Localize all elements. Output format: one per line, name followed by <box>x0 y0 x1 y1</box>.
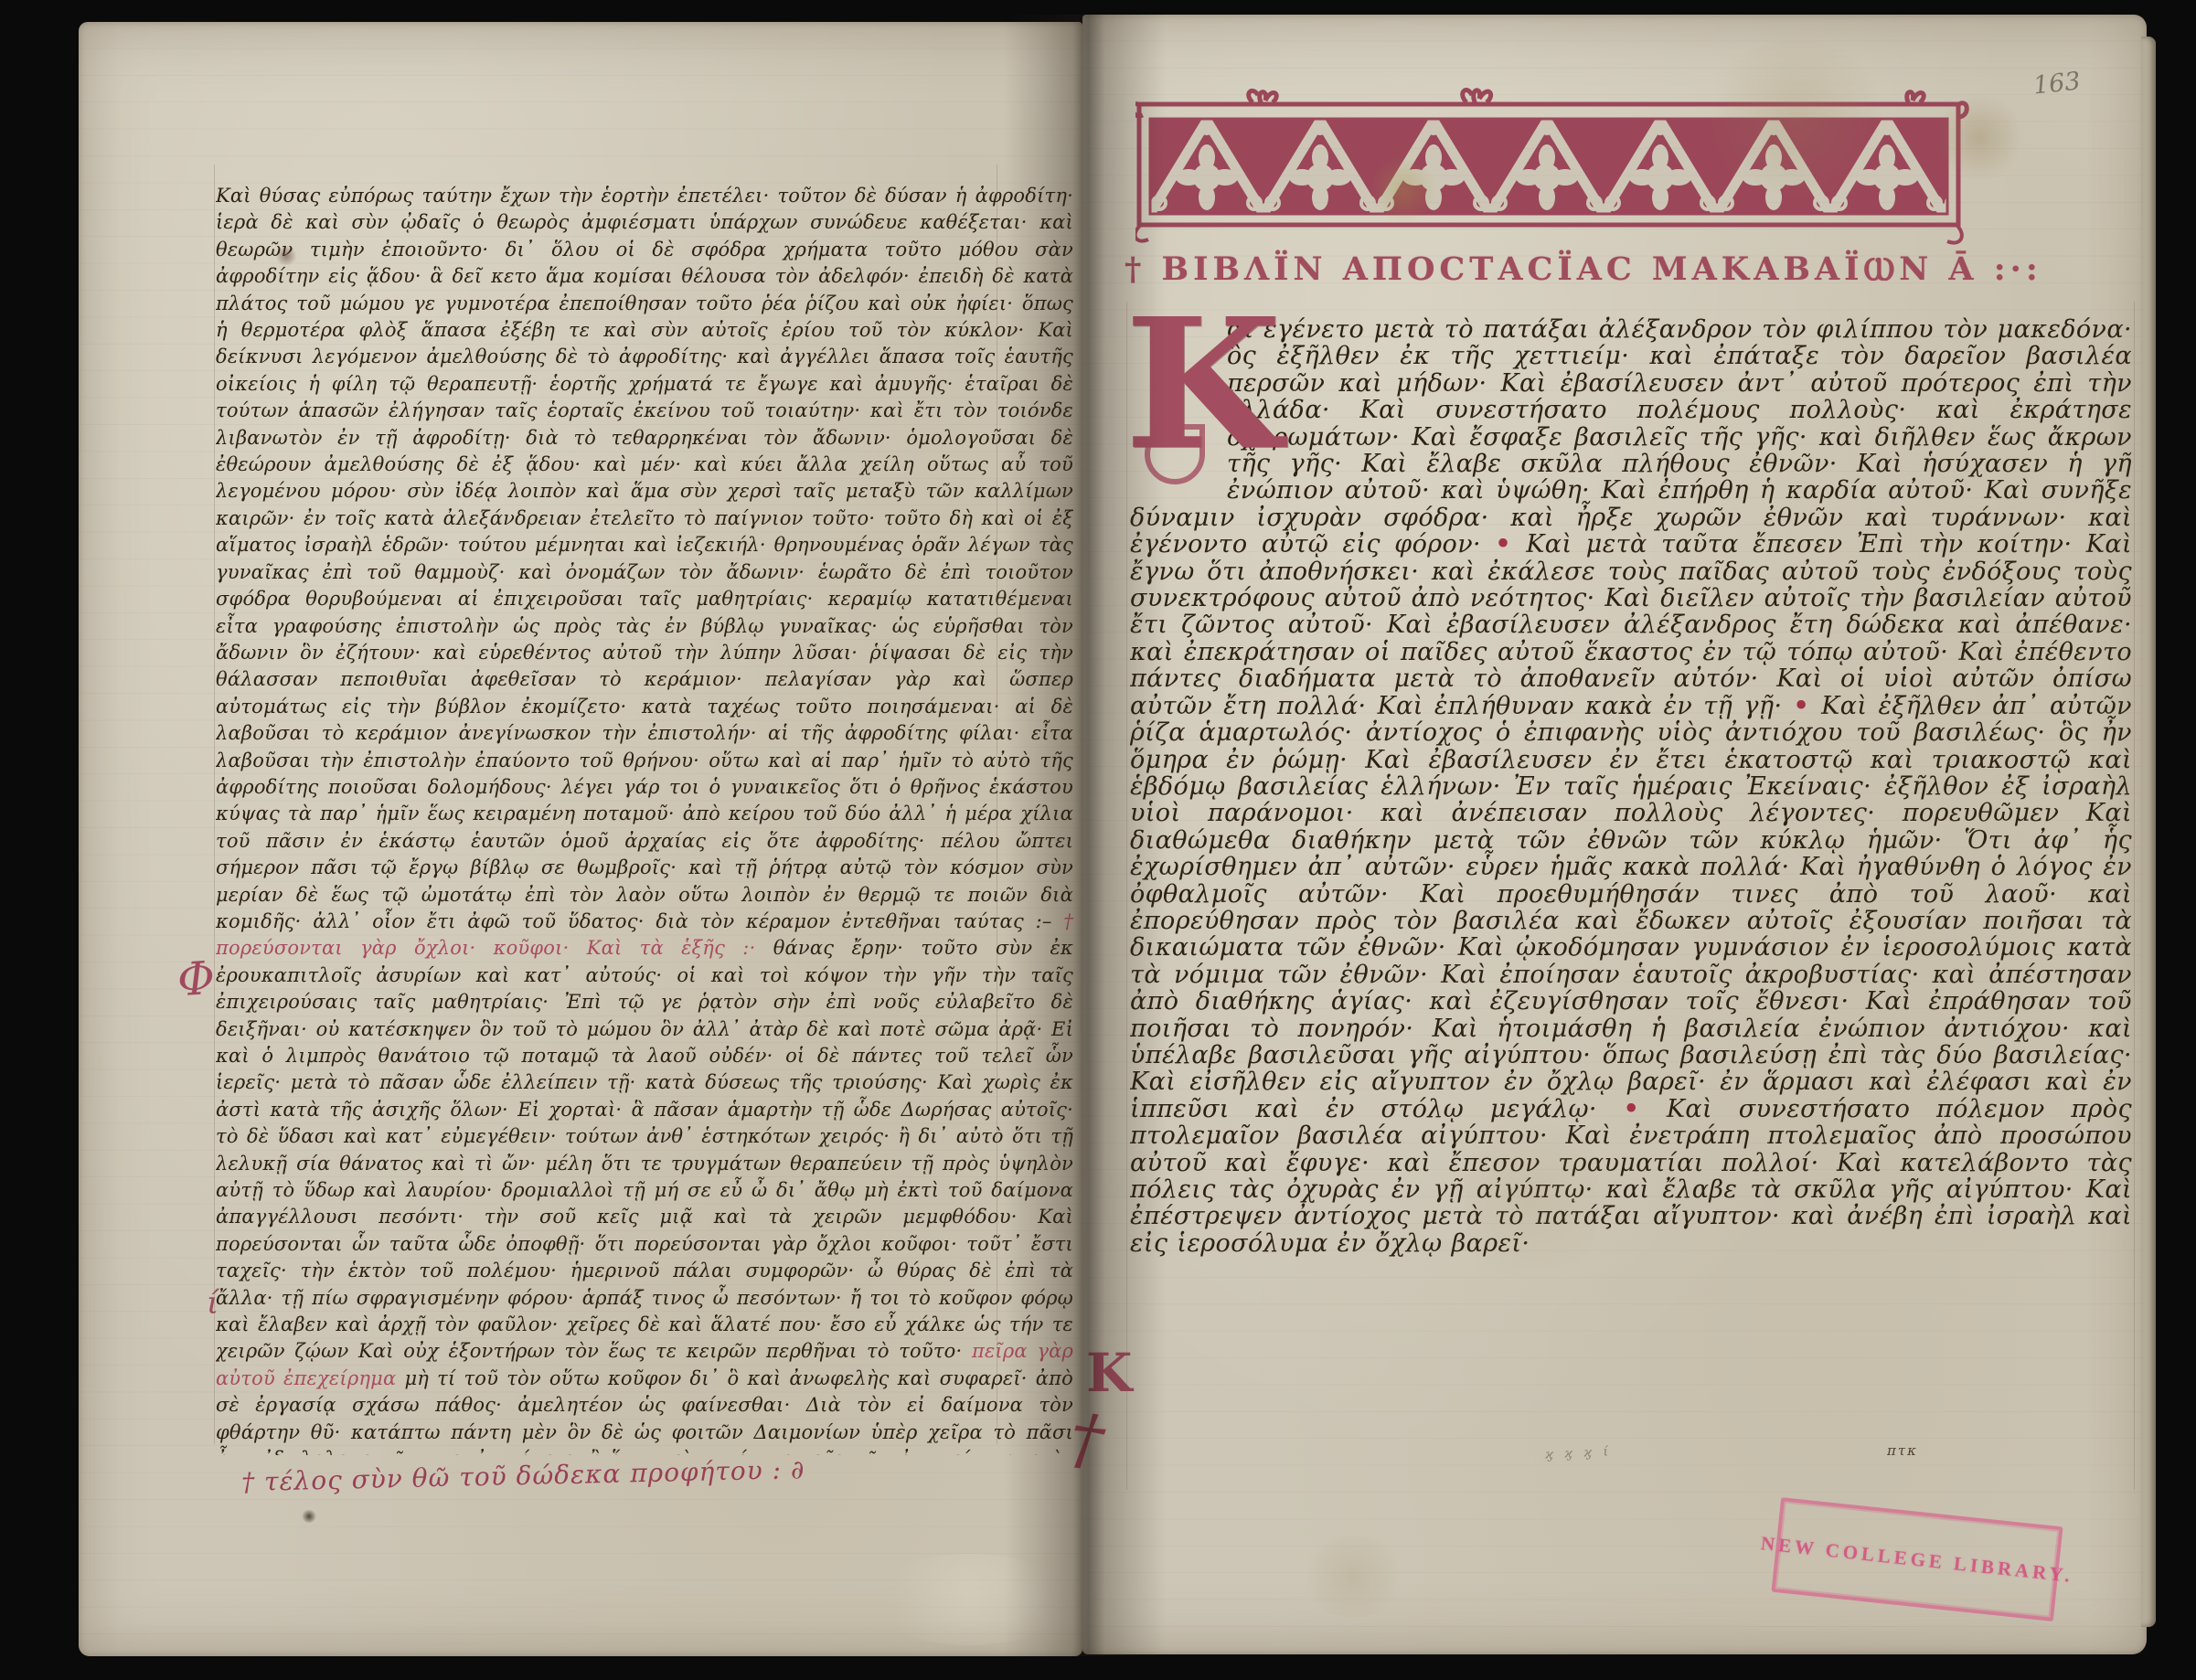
left-page-body-text: Καὶ θύσας εὐπόρως ταύτην ἔχων τὴν ἑορτὴν… <box>216 183 1073 1455</box>
body-text: Καὶ θύσας εὐπόρως ταύτην ἔχων τὴν ἑορτὴν… <box>216 185 1073 932</box>
initial-flourish <box>1145 424 1205 484</box>
red-margin-mark: ί <box>207 1285 219 1322</box>
left-manuscript-page: Καὶ θύσας εὐπόρως ταύτην ἔχων τὴν ἑορτὴν… <box>79 22 1082 1656</box>
red-margin-initial-kappa: Κ <box>1086 1342 1132 1404</box>
folio-number: 163 <box>2032 67 2083 100</box>
colophon-end-of-twelve-prophets: † τέλος σὺν θῶ τοῦ δώδεκα προφήτου : ∂ <box>241 1451 974 1497</box>
red-separator-dot: • <box>1794 692 1822 720</box>
book-title-1-maccabees: † ΒΙΒΛΪΝ ΑΠΟϹΤΑϹΪΑϹ ΜΑΚΑΒΑΪⲰΝ Ᾱ :·: <box>1125 250 1984 288</box>
stamp-text: NEW COLLEGE LIBRARY. <box>1760 1532 2074 1588</box>
right-manuscript-page: † ΒΙΒΛΪΝ ΑΠΟϹΤΑϹΪΑϹ ΜΑΚΑΒΑΪⲰΝ Ᾱ :·: Κ αὶ… <box>1082 15 2147 1654</box>
red-separator-dot: • <box>1624 1095 1667 1123</box>
headpiece-ornament <box>1135 88 1971 258</box>
body-text: θάνας ἔρην· τοῦτο σὺν ἐκ ἐρουκαπιτλοῖς ἀ… <box>216 937 1073 1362</box>
manuscript-photograph: { "photo": { "background_color": "#0a0a0… <box>0 0 2196 1680</box>
leaf-edge <box>2141 37 2156 1627</box>
body-text: Καὶ ἐξῆλθεν ἀπ᾽ αὐτῶν ῥίζα ἁμαρτωλός· ἀν… <box>1130 692 2132 1123</box>
red-separator-dot: • <box>1495 530 1526 558</box>
decorated-initial-kappa: Κ <box>1130 316 1227 504</box>
red-margin-initial-phi: Φ <box>176 952 217 1007</box>
quire-signature-mark: πτκ <box>1887 1442 1918 1459</box>
right-page-body-text: Κ αὶ ἐγένετο μετὰ τὸ πατάξαι ἀλέξανδρον … <box>1130 316 2132 1494</box>
